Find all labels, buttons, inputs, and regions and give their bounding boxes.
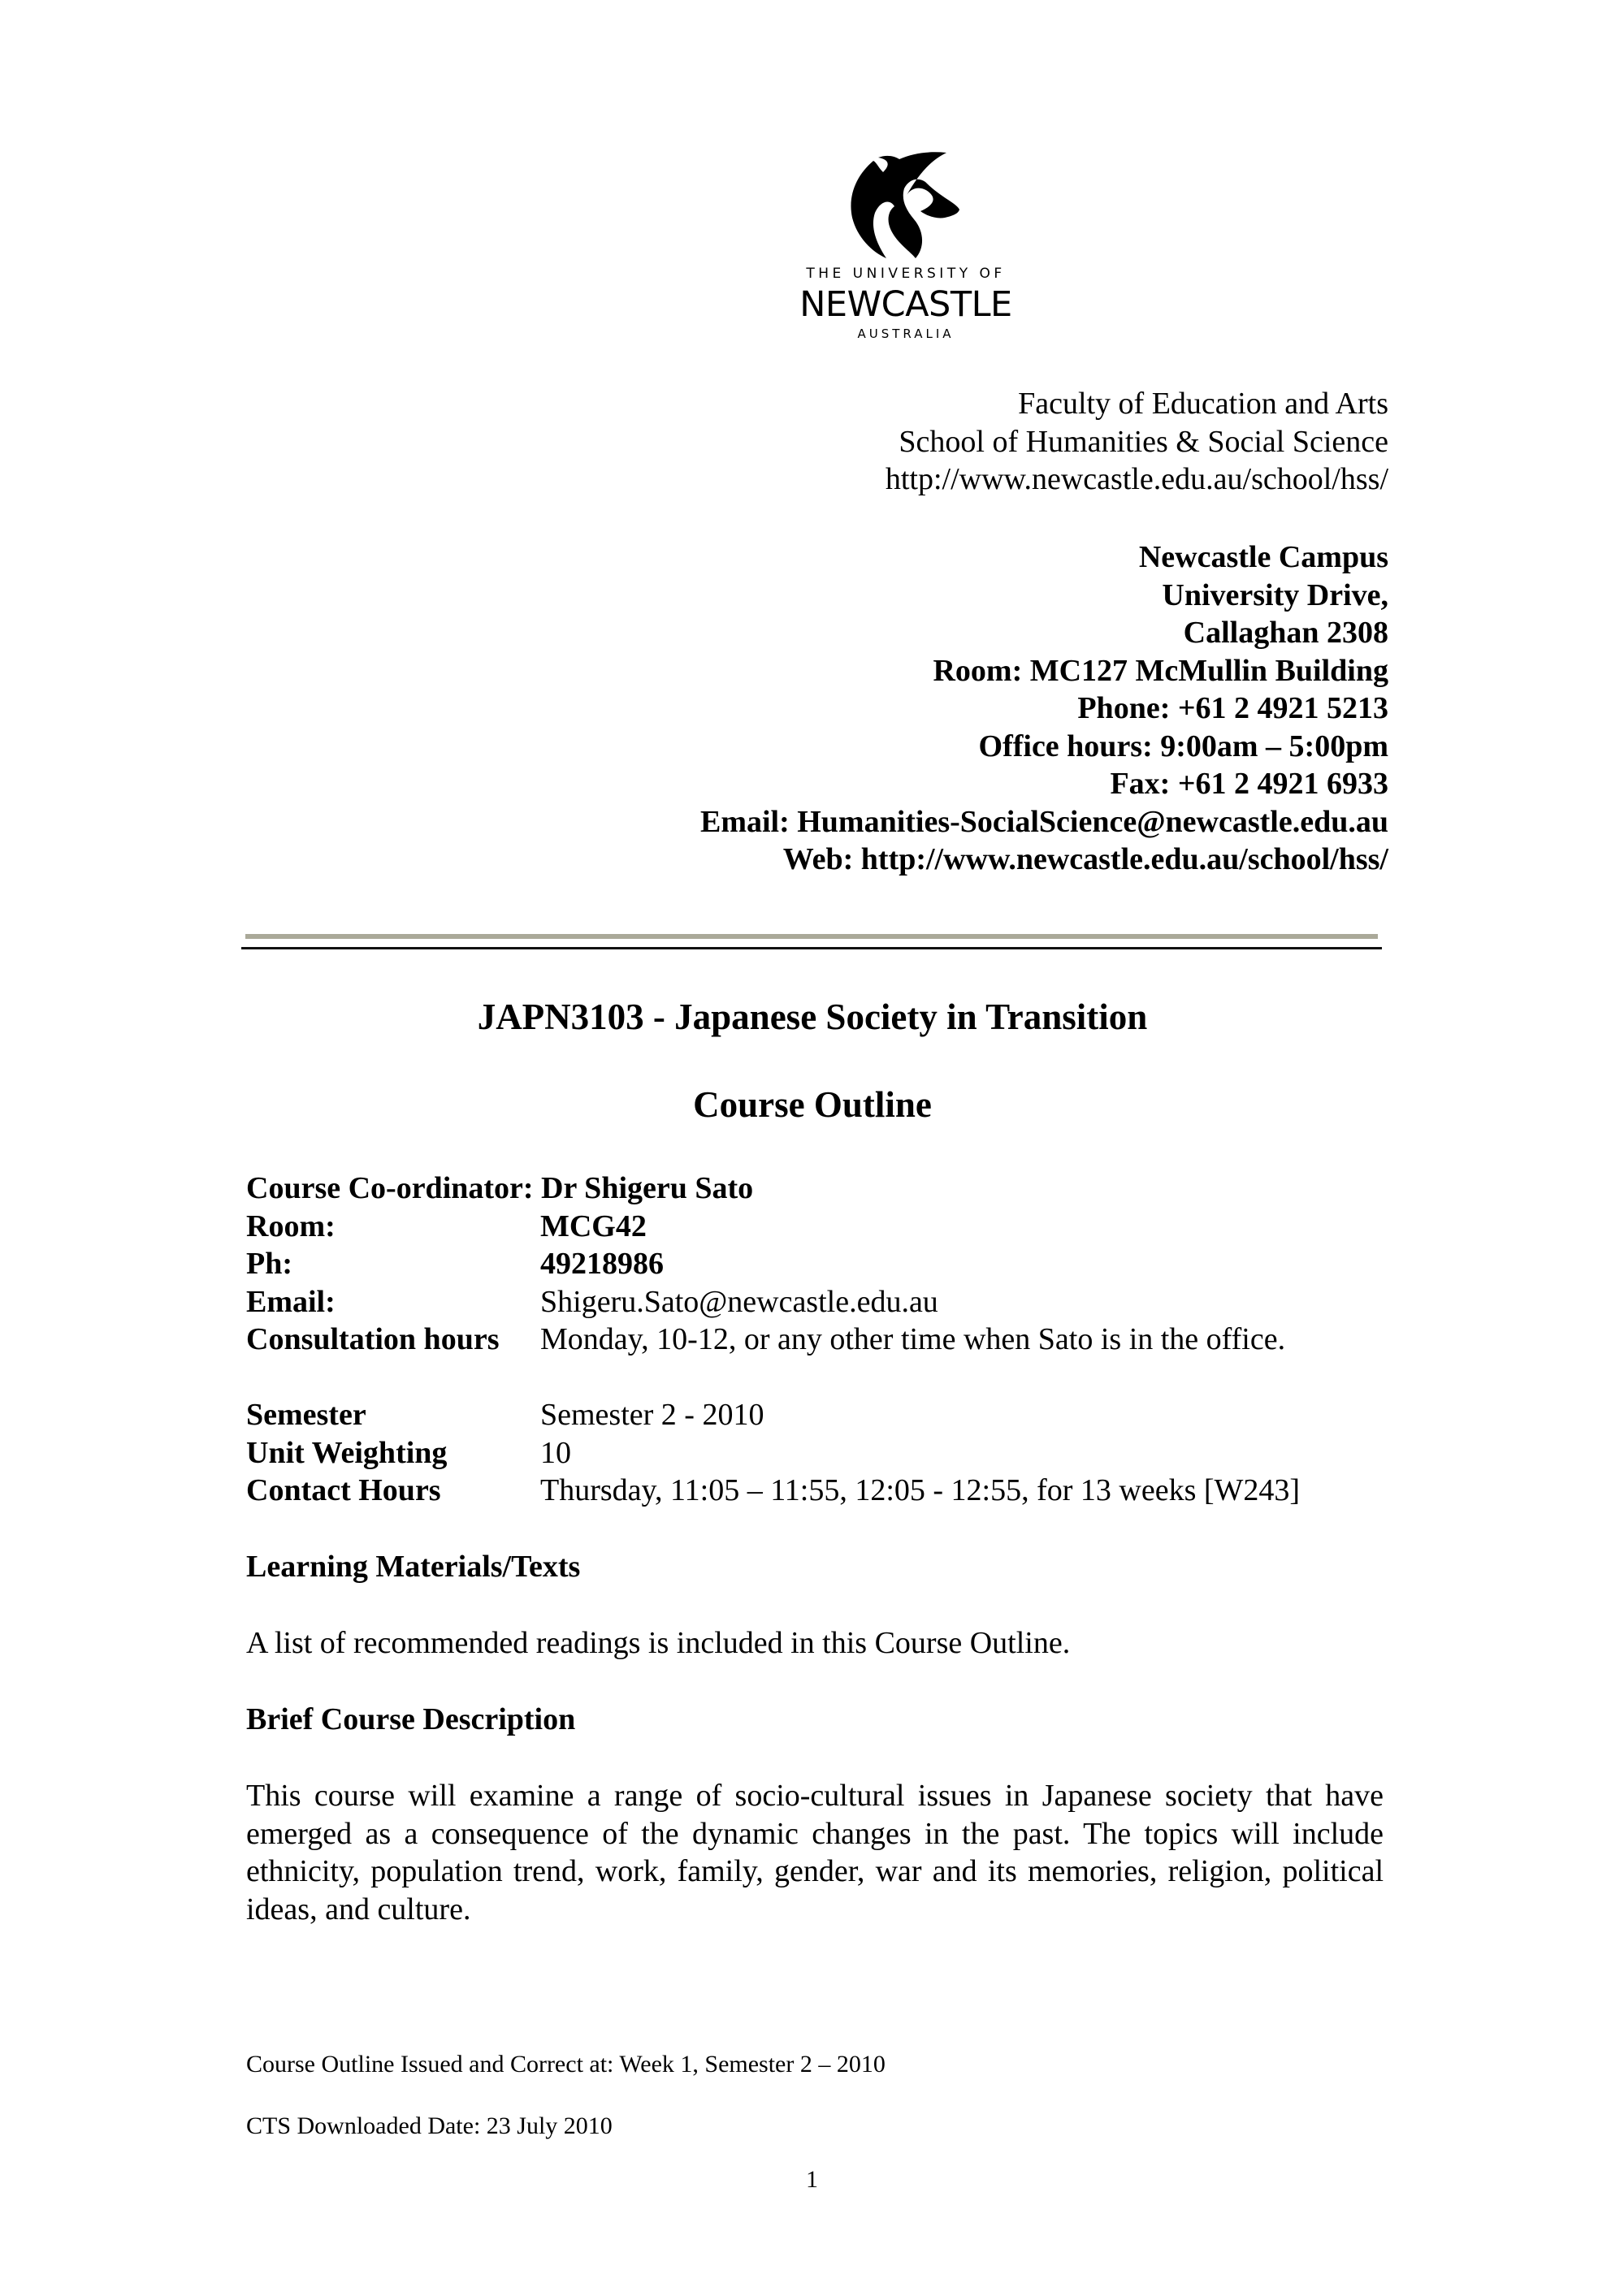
- learning-materials-text: A list of recommended readings is includ…: [246, 1624, 1384, 1663]
- faculty-block: Faculty of Education and Arts School of …: [886, 385, 1388, 499]
- semester-info: Semester Semester 2 - 2010 Unit Weightin…: [246, 1396, 1384, 1510]
- info-label: Room:: [246, 1208, 540, 1246]
- campus-web: Web: http://www.newcastle.edu.au/school/…: [700, 841, 1388, 879]
- school-name: School of Humanities & Social Science: [886, 423, 1388, 461]
- logo-text-newcastle: NEWCASTLE: [780, 286, 1032, 323]
- campus-phone: Phone: +61 2 4921 5213: [700, 690, 1388, 728]
- info-value: Shigeru.Sato@newcastle.edu.au: [540, 1283, 938, 1321]
- info-value: Monday, 10-12, or any other time when Sa…: [540, 1321, 1285, 1359]
- footer-issued: Course Outline Issued and Correct at: We…: [246, 2050, 886, 2079]
- info-label: Unit Weighting: [246, 1434, 540, 1472]
- course-description-heading: Brief Course Description: [246, 1701, 575, 1739]
- info-label: Contact Hours: [246, 1472, 540, 1510]
- campus-email: Email: Humanities-SocialScience@newcastl…: [700, 803, 1388, 841]
- info-row-consultation: Consultation hours Monday, 10-12, or any…: [246, 1321, 1384, 1359]
- campus-name: Newcastle Campus: [700, 538, 1388, 577]
- faculty-name: Faculty of Education and Arts: [886, 385, 1388, 423]
- university-logo: THE UNIVERSITY OF NEWCASTLE AUSTRALIA: [780, 143, 1032, 346]
- course-description-text: This course will examine a range of soci…: [246, 1777, 1384, 1928]
- campus-office-hours: Office hours: 9:00am – 5:00pm: [700, 728, 1388, 766]
- campus-contact-block: Newcastle Campus University Drive, Calla…: [700, 538, 1388, 879]
- school-url: http://www.newcastle.edu.au/school/hss/: [886, 460, 1388, 499]
- info-row-contact-hours: Contact Hours Thursday, 11:05 – 11:55, 1…: [246, 1472, 1384, 1510]
- divider-grey: [245, 934, 1378, 939]
- logo-text-university-of: THE UNIVERSITY OF: [780, 265, 1032, 283]
- info-row-room: Room: MCG42: [246, 1208, 1384, 1246]
- info-row-unit-weighting: Unit Weighting 10: [246, 1434, 1384, 1472]
- learning-materials-heading: Learning Materials/Texts: [246, 1548, 580, 1586]
- info-label: Consultation hours: [246, 1321, 540, 1359]
- page-number: 1: [0, 2165, 1624, 2194]
- info-row-semester: Semester Semester 2 - 2010: [246, 1396, 1384, 1434]
- info-value: 49218986: [540, 1245, 664, 1283]
- campus-room: Room: MC127 McMullin Building: [700, 652, 1388, 690]
- course-outline-heading: Course Outline: [241, 1083, 1384, 1126]
- info-row-email: Email: Shigeru.Sato@newcastle.edu.au: [246, 1283, 1384, 1321]
- campus-fax: Fax: +61 2 4921 6933: [700, 765, 1388, 803]
- info-label: Ph:: [246, 1245, 540, 1283]
- course-title: JAPN3103 - Japanese Society in Transitio…: [241, 996, 1384, 1038]
- campus-street: University Drive,: [700, 577, 1388, 615]
- info-value: Semester 2 - 2010: [540, 1396, 764, 1434]
- divider-black: [241, 947, 1382, 949]
- coordinator-line: Course Co-ordinator: Dr Shigeru Sato: [246, 1170, 1384, 1208]
- footer-cts-date: CTS Downloaded Date: 23 July 2010: [246, 2112, 613, 2141]
- horse-head-emblem-icon: [841, 146, 963, 260]
- campus-suburb: Callaghan 2308: [700, 614, 1388, 652]
- info-value: 10: [540, 1434, 571, 1472]
- coordinator-info: Course Co-ordinator: Dr Shigeru Sato Roo…: [246, 1170, 1384, 1359]
- info-row-phone: Ph: 49218986: [246, 1245, 1384, 1283]
- logo-text-australia: AUSTRALIA: [780, 326, 1032, 342]
- info-value: MCG42: [540, 1208, 647, 1246]
- info-value: Thursday, 11:05 – 11:55, 12:05 - 12:55, …: [540, 1472, 1300, 1510]
- info-label: Email:: [246, 1283, 540, 1321]
- info-label: Semester: [246, 1396, 540, 1434]
